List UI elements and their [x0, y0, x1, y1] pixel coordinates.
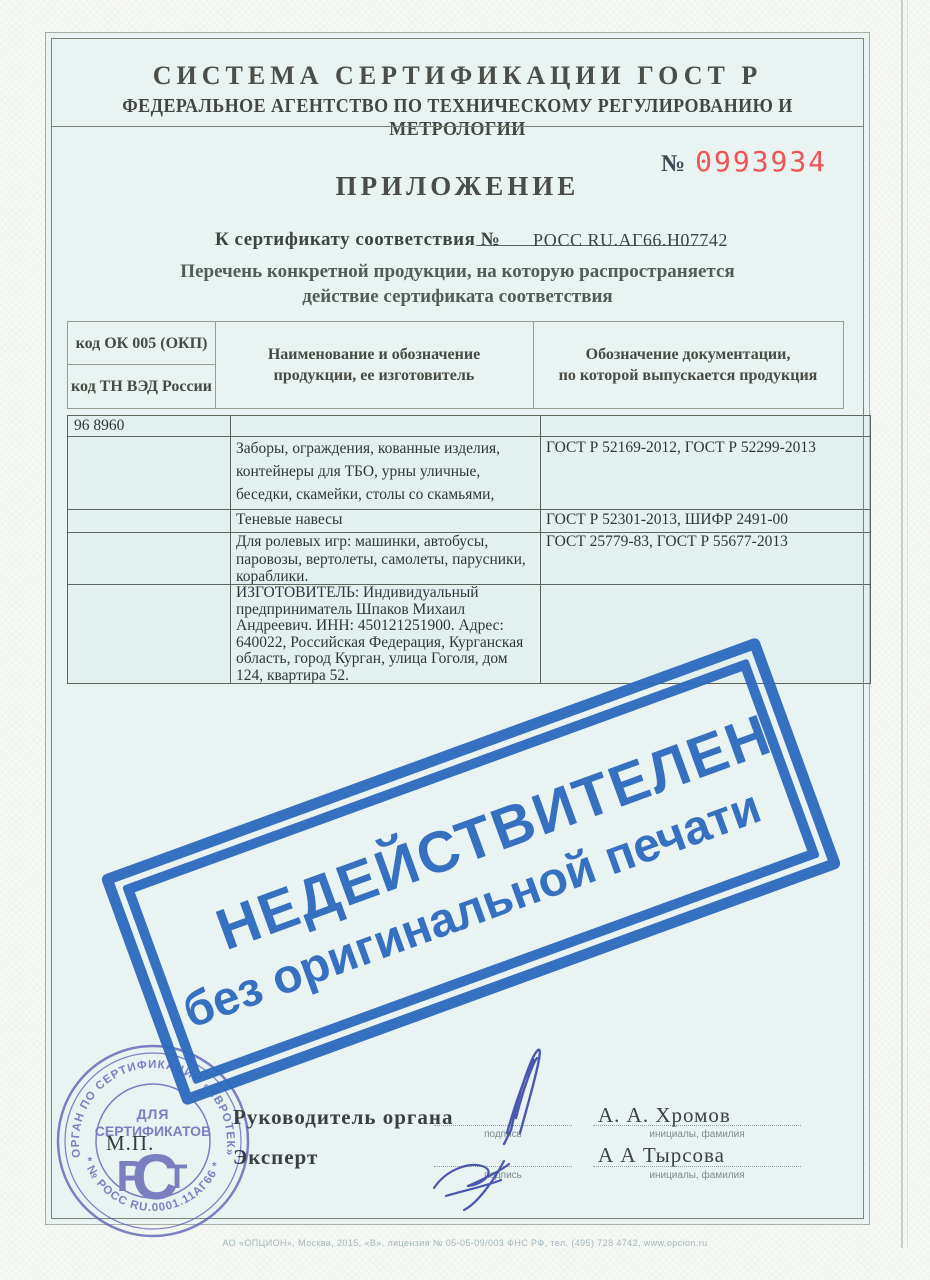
certificate-frame: СИСТЕМА СЕРТИФИКАЦИИ ГОСТ Р ФЕДЕРАЛЬНОЕ …: [45, 32, 870, 1225]
docs-cell: ГОСТ Р 52301-2013, ШИФР 2491-00: [540, 509, 870, 532]
product-cell: Для ролевых игр: машинки, автобусы, паро…: [230, 532, 540, 584]
invalid-stamp-inner-border: НЕДЕЙСТВИТЕЛЕН без оригинальной печати: [122, 658, 820, 1084]
name-caption: инициалы, фамилия: [593, 1129, 801, 1140]
name-caption: инициалы, фамилия: [593, 1170, 801, 1181]
product-list-heading-line1: Перечень конкретной продукции, на котору…: [46, 261, 869, 283]
expert-label: Эксперт: [233, 1145, 318, 1170]
system-title: СИСТЕМА СЕРТИФИКАЦИИ ГОСТ Р: [46, 61, 869, 91]
footer-print-info: АО «ОПЦИОН», Москва, 2015, «В». лицензия…: [0, 1238, 930, 1248]
seal-placeholder-mp: М.П.: [106, 1131, 154, 1156]
docs-header-line2: по которой выпускается продукция: [559, 365, 818, 386]
product-list-heading-line2: действие сертификата соответствия: [46, 286, 869, 308]
code-header-top: код ОК 005 (ОКП): [68, 322, 215, 364]
scan-edge-line: [901, 0, 903, 1248]
expert-signature-scribble: [434, 1161, 509, 1210]
signatory-name: А. А. Хромов: [598, 1103, 731, 1128]
signatory-name: А А Тырсова: [598, 1143, 725, 1168]
product-cell: Заборы, ограждения, кованные изделия, ко…: [230, 436, 540, 509]
docs-cell: ГОСТ 25779-83, ГОСТ Р 55677-2013: [540, 532, 870, 584]
cert-number-value: РОСС RU.АГ66.Н07742: [533, 230, 728, 251]
signature-scribbles: [416, 1038, 576, 1213]
cert-number-label: К сертификату соответствия №: [215, 229, 500, 251]
header-divider: [52, 126, 863, 127]
certificate-page: СИСТЕМА СЕРТИФИКАЦИИ ГОСТ Р ФЕДЕРАЛЬНОЕ …: [0, 0, 930, 1280]
head-signature-scribble: [504, 1050, 540, 1144]
products-table-header: код ОК 005 (ОКП) код ТН ВЭД России Наиме…: [67, 321, 844, 409]
product-header-line1: Наименование и обозначение: [268, 344, 480, 365]
invalid-stamp: НЕДЕЙСТВИТЕЛЕН без оригинальной печати: [100, 637, 842, 1107]
scan-edge-line: [907, 0, 908, 1248]
product-header-line2: продукции, ее изготовитель: [274, 365, 475, 386]
seal-center-line1: ДЛЯ: [137, 1106, 170, 1122]
agency-subtitle: ФЕДЕРАЛЬНОЕ АГЕНТСТВО ПО ТЕХНИЧЕСКОМУ РЕ…: [87, 95, 828, 141]
docs-cell: ГОСТ Р 52169-2012, ГОСТ Р 52299-2013: [540, 436, 870, 509]
docs-cell: [540, 416, 870, 436]
appendix-title: ПРИЛОЖЕНИЕ: [46, 171, 869, 202]
code-header-bottom: код ТН ВЭД России: [68, 364, 215, 408]
product-cell: [230, 416, 540, 436]
docs-column-header: Обозначение документации, по которой вып…: [533, 322, 843, 408]
product-cell: Теневые навесы: [230, 509, 540, 532]
manufacturer-cell: ИЗГОТОВИТЕЛЬ: Индивидуальный предпринима…: [230, 584, 540, 683]
product-column-header: Наименование и обозначение продукции, ее…: [215, 322, 533, 408]
docs-header-line1: Обозначение документации,: [586, 344, 791, 365]
code-cell: 96 8960: [68, 416, 230, 436]
seal-logo-letter-t: Т: [167, 1158, 188, 1196]
